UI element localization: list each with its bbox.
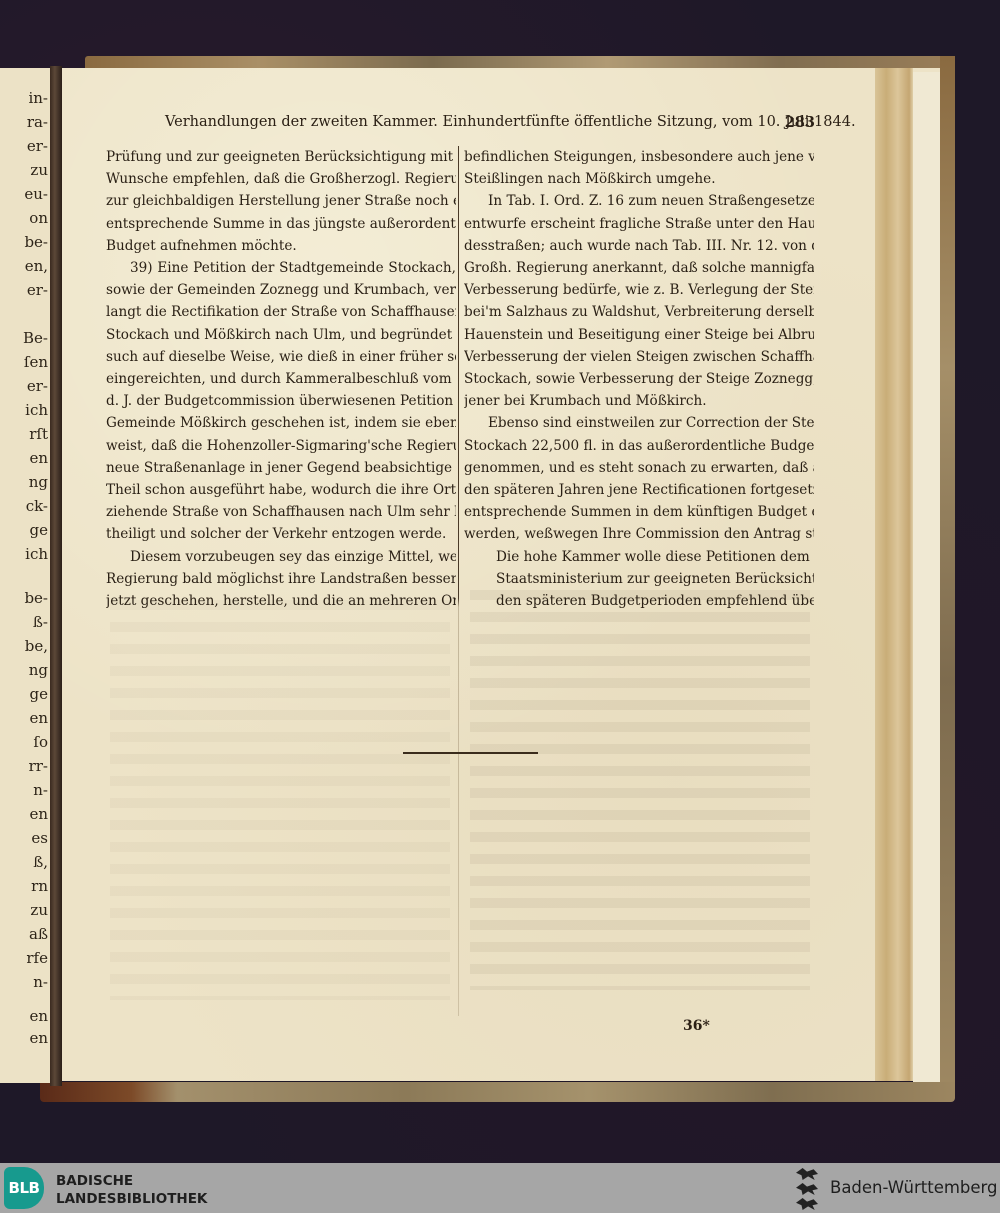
left-page-text-fragment: in- bbox=[28, 86, 48, 110]
left-page-text-fragment: er- bbox=[27, 278, 48, 302]
text-line: ziehende Straße von Schaffhausen nach Ul… bbox=[106, 501, 456, 523]
left-page-text-fragment: be, bbox=[25, 634, 48, 658]
baden-wuerttemberg-lions-icon bbox=[792, 1168, 822, 1210]
column-rule bbox=[458, 146, 459, 1016]
left-page-text-fragment: rr- bbox=[29, 754, 48, 778]
left-page-text-fragment: er- bbox=[27, 134, 48, 158]
left-page-text-fragment: en bbox=[29, 1004, 48, 1028]
text-line: desstraßen; auch wurde nach Tab. III. Nr… bbox=[464, 235, 814, 257]
text-line: Die hohe Kammer wolle diese Petitionen d… bbox=[464, 546, 814, 568]
text-line: Stockach und Mößkirch nach Ulm, und begr… bbox=[106, 324, 456, 346]
text-line: Steißlingen nach Mößkirch umgehe. bbox=[464, 168, 814, 190]
lion-icon bbox=[796, 1198, 818, 1210]
marbled-edge-right bbox=[940, 56, 955, 1096]
text-line: neue Straßenanlage in jener Gegend beabs… bbox=[106, 457, 456, 479]
left-page-text-fragment: eu- bbox=[24, 182, 48, 206]
left-page-text-fragment: Be- bbox=[23, 326, 48, 350]
left-page-text-fragment: be- bbox=[24, 586, 48, 610]
text-line: Regierung bald möglichst ihre Landstraße… bbox=[106, 568, 456, 590]
text-line: Prüfung und zur geeigneten Berücksichtig… bbox=[106, 146, 456, 168]
text-line: befindlichen Steigungen, insbesondere au… bbox=[464, 146, 814, 168]
left-page-text-fragment: rn bbox=[31, 874, 48, 898]
left-page-text-fragment: rfe bbox=[26, 946, 48, 970]
left-page-text-fragment: er- bbox=[27, 374, 48, 398]
text-line: Ebenso sind einstweilen zur Correction d… bbox=[464, 412, 814, 434]
text-line: weist, daß die Hohenzoller-Sigmaring'sch… bbox=[106, 435, 456, 457]
left-page-text-fragment: ng bbox=[29, 658, 48, 682]
library-name[interactable]: BADISCHE LANDESBIBLIOTHEK bbox=[56, 1172, 207, 1208]
text-line: Diesem vorzubeugen sey das einzige Mitte… bbox=[106, 546, 456, 568]
book-gutter bbox=[50, 66, 62, 1086]
page-block-edges bbox=[875, 68, 913, 1081]
left-page-text-fragment: ſo bbox=[33, 730, 48, 754]
lion-icon bbox=[796, 1168, 818, 1180]
left-page-text-fragment: en bbox=[29, 706, 48, 730]
left-page-text-fragment: n- bbox=[33, 970, 48, 994]
text-line: Großh. Regierung anerkannt, daß solche m… bbox=[464, 257, 814, 279]
library-name-line1: BADISCHE bbox=[56, 1172, 207, 1190]
library-name-line2: LANDESBIBLIOTHEK bbox=[56, 1190, 207, 1208]
text-line: zur gleichbaldigen Herstellung jener Str… bbox=[106, 190, 456, 212]
left-page-text-fragment: rſt bbox=[29, 422, 48, 446]
left-page-fragment: in-ra-er-zueu-onbe-en,er-Be-ſener-ichrſt… bbox=[0, 68, 52, 1083]
left-page-text-fragment: ge bbox=[30, 518, 48, 542]
text-line: d. J. der Budgetcommission überwiesenen … bbox=[106, 390, 456, 412]
left-page-text-fragment: ß- bbox=[33, 610, 48, 634]
text-line: Hauenstein und Beseitigung einer Steige … bbox=[464, 324, 814, 346]
text-line: langt die Rectifikation der Straße von S… bbox=[106, 301, 456, 323]
text-line: such auf dieselbe Weise, wie dieß in ein… bbox=[106, 346, 456, 368]
text-line: sowie der Gemeinden Zoznegg und Krumbach… bbox=[106, 279, 456, 301]
running-title: Verhandlungen der zweiten Kammer. Einhun… bbox=[165, 114, 856, 130]
text-line: Budget aufnehmen möchte. bbox=[106, 235, 456, 257]
left-page-text-fragment: ich bbox=[25, 542, 48, 566]
lion-icon bbox=[796, 1183, 818, 1195]
text-line: Theil schon ausgeführt habe, wodurch die… bbox=[106, 479, 456, 501]
text-line: theiligt und solcher der Verkehr entzoge… bbox=[106, 523, 456, 545]
text-line: entsprechende Summen in dem künftigen Bu… bbox=[464, 501, 814, 523]
left-page-text-fragment: ge bbox=[30, 682, 48, 706]
left-page-text-fragment: ng bbox=[29, 470, 48, 494]
section-end-rule bbox=[403, 752, 538, 754]
left-page-text-fragment: n- bbox=[33, 778, 48, 802]
text-line: entwurfe erscheint fragliche Straße unte… bbox=[464, 213, 814, 235]
text-line: entsprechende Summe in das jüngste außer… bbox=[106, 213, 456, 235]
text-line: den späteren Budgetperioden empfehlend ü… bbox=[464, 590, 814, 612]
text-line: Stockach, sowie Verbesserung der Steige … bbox=[464, 368, 814, 390]
text-line: Verbesserung der vielen Steigen zwischen… bbox=[464, 346, 814, 368]
text-line: bei'm Salzhaus zu Waldshut, Verbreiterun… bbox=[464, 301, 814, 323]
text-line: Staatsministerium zur geeigneten Berücks… bbox=[464, 568, 814, 590]
blb-logo[interactable]: BLB bbox=[4, 1167, 44, 1209]
text-line: den späteren Jahren jene Rectificationen… bbox=[464, 479, 814, 501]
left-page-text-fragment: ck- bbox=[26, 494, 48, 518]
page-edge-white bbox=[913, 72, 940, 1082]
text-line: Stockach 22,500 fl. in das außerordentli… bbox=[464, 435, 814, 457]
left-page-text-fragment: aß bbox=[29, 922, 48, 946]
text-line: Verbesserung bedürfe, wie z. B. Verlegun… bbox=[464, 279, 814, 301]
text-line: In Tab. I. Ord. Z. 16 zum neuen Straßeng… bbox=[464, 190, 814, 212]
text-line: eingereichten, und durch Kammeralbeschlu… bbox=[106, 368, 456, 390]
show-through-text-right bbox=[470, 590, 810, 990]
left-page-text-fragment: be- bbox=[24, 230, 48, 254]
left-page-text-fragment: es bbox=[31, 826, 48, 850]
signature-mark: 36* bbox=[683, 1018, 710, 1034]
left-page-text-fragment: ich bbox=[25, 398, 48, 422]
left-page-text-fragment: ſen bbox=[24, 350, 48, 374]
left-page-text-fragment: ß, bbox=[33, 850, 48, 874]
text-line: genommen, und es steht sonach zu erwarte… bbox=[464, 457, 814, 479]
left-page-text-fragment: ra- bbox=[27, 110, 48, 134]
left-page-text-fragment: on bbox=[29, 206, 48, 230]
state-name[interactable]: Baden-Württemberg bbox=[830, 1178, 998, 1197]
marbled-edge-bottom bbox=[40, 1082, 955, 1102]
text-line: 39) Eine Petition der Stadtgemeinde Stoc… bbox=[106, 257, 456, 279]
left-page-text-fragment: en bbox=[29, 802, 48, 826]
text-line: Wunsche empfehlen, daß die Großherzogl. … bbox=[106, 168, 456, 190]
left-page-text-fragment: zu bbox=[30, 898, 48, 922]
page-number: 283 bbox=[785, 114, 815, 131]
text-line: werden, weßwegen Ihre Commission den Ant… bbox=[464, 523, 814, 545]
text-line: Gemeinde Mößkirch geschehen ist, indem s… bbox=[106, 412, 456, 434]
left-page-text-fragment: zu bbox=[30, 158, 48, 182]
left-page-text-fragment: en bbox=[29, 1026, 48, 1050]
left-page-text-fragment: en, bbox=[25, 254, 48, 278]
text-line: jener bei Krumbach und Mößkirch. bbox=[464, 390, 814, 412]
text-line: jetzt geschehen, herstelle, und die an m… bbox=[106, 590, 456, 612]
show-through-text-left bbox=[110, 600, 450, 1000]
left-text-column: Prüfung und zur geeigneten Berücksichtig… bbox=[106, 146, 456, 612]
right-text-column: befindlichen Steigungen, insbesondere au… bbox=[464, 146, 814, 612]
left-page-text-fragment: en bbox=[29, 446, 48, 470]
